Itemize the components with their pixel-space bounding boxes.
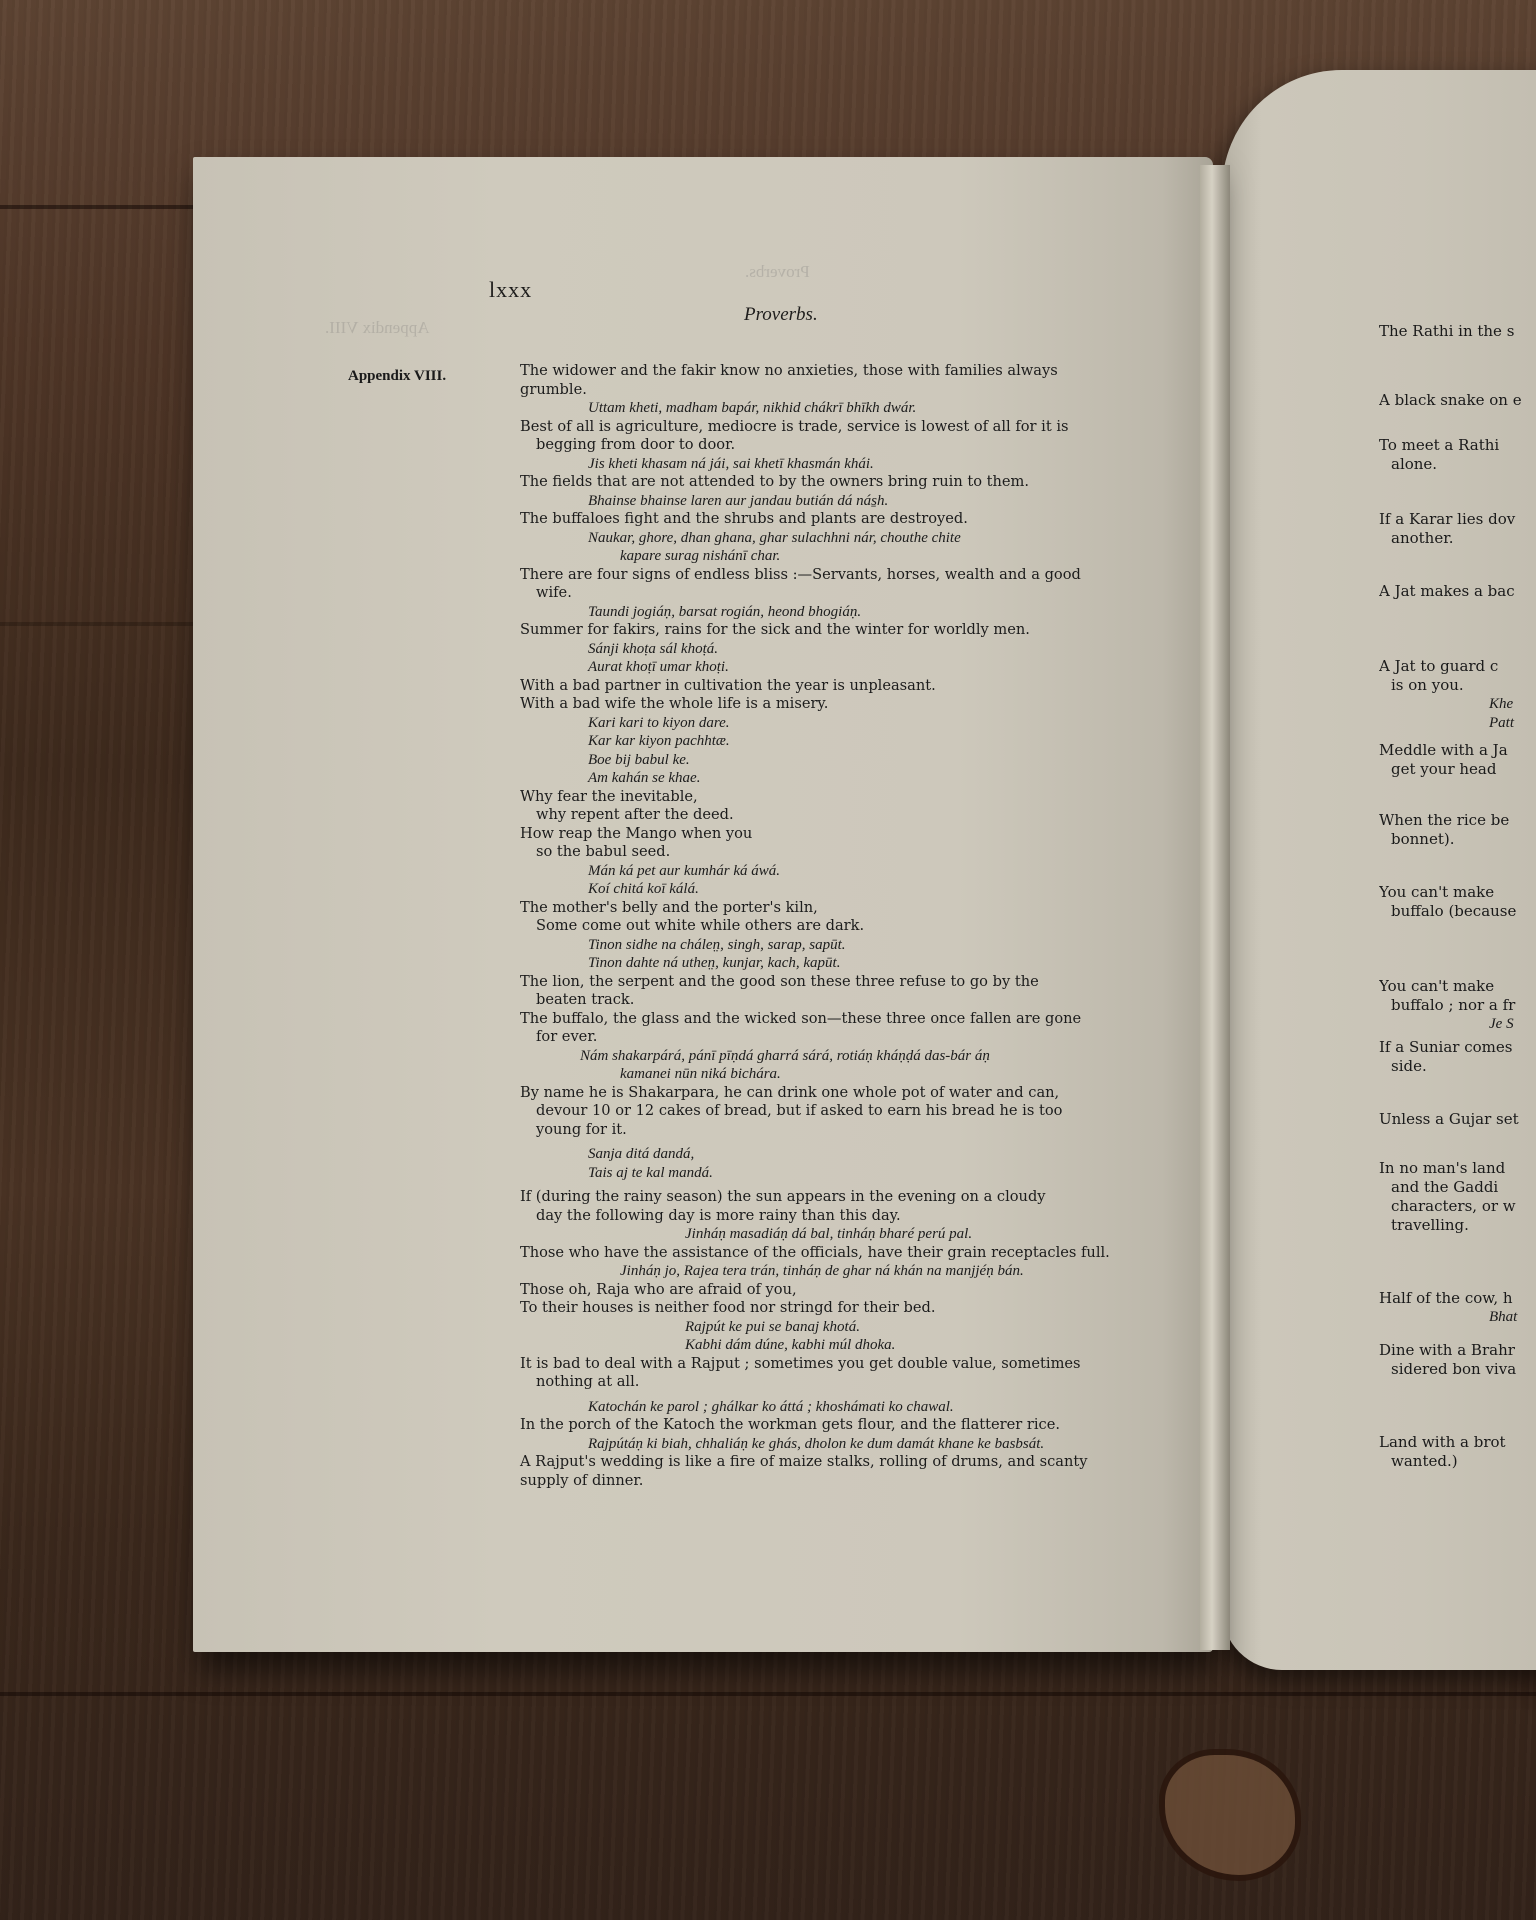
right-page-line: bonnet).	[1379, 830, 1536, 849]
translation-line: begging from door to door.	[520, 436, 1108, 455]
right-page-vernacular: Bhat	[1379, 1308, 1536, 1327]
right-page-line: To meet a Rathi	[1379, 436, 1536, 455]
right-page-proverb: You can't makebuffalo (because	[1379, 883, 1536, 921]
translation-line: The buffaloes fight and the shrubs and p…	[520, 510, 1108, 529]
translation-line: Why fear the inevitable,	[520, 788, 1108, 807]
translation-line: The widower and the fakir know no anxiet…	[520, 362, 1108, 381]
translation-line: If (during the rainy season) the sun app…	[520, 1188, 1108, 1207]
translation-line: devour 10 or 12 cakes of bread, but if a…	[520, 1102, 1108, 1121]
translation-line: Some come out white while others are dar…	[520, 917, 1108, 936]
translation-line: By name he is Shakarpara, he can drink o…	[520, 1084, 1108, 1103]
translation-line: beaten track.	[520, 991, 1108, 1010]
translation-line: grumble.	[520, 381, 1108, 400]
right-page-proverb: To meet a Rathialone.	[1379, 436, 1536, 474]
right-page-line: Land with a brot	[1379, 1433, 1536, 1452]
right-page-line: is on you.	[1379, 676, 1536, 695]
vernacular-proverb-line: Naukar, ghore, dhan ghana, ghar sulachhn…	[520, 529, 1108, 548]
right-page-line: In no man's land	[1379, 1159, 1536, 1178]
right-page-line: A black snake on e	[1379, 391, 1536, 410]
vernacular-proverb-line: Taundi jogiáṇ, barsat rogián, heond bhog…	[520, 603, 1108, 622]
right-page-line: If a Karar lies dov	[1379, 510, 1536, 529]
bleed-through-margin: Appendix VIII.	[325, 318, 430, 338]
right-page-proverb: Half of the cow, hBhat	[1379, 1289, 1536, 1327]
right-page-line: Half of the cow, h	[1379, 1289, 1536, 1308]
proverbs-text-block: The widower and the fakir know no anxiet…	[520, 362, 1108, 1490]
translation-line: A Rajput's wedding is like a fire of mai…	[520, 1453, 1108, 1472]
right-page-proverb: If a Karar lies dovanother.	[1379, 510, 1536, 548]
translation-line: so the babul seed.	[520, 843, 1108, 862]
right-page-vernacular: Khe	[1379, 695, 1536, 714]
translation-line: day the following day is more rainy than…	[520, 1207, 1108, 1226]
vernacular-proverb-line: Rajpútáṇ ki biah, chhaliáṇ ke ghás, dhol…	[520, 1435, 1108, 1454]
translation-line: nothing at all.	[520, 1373, 1108, 1392]
right-page-text-block: The Rathi in the sA black snake on eTo m…	[1379, 322, 1536, 1471]
translation-line: wife.	[520, 584, 1108, 603]
translation-line: How reap the Mango when you	[520, 825, 1108, 844]
translation-line: There are four signs of endless bliss :—…	[520, 566, 1108, 585]
translation-line: To their houses is neither food nor stri…	[520, 1299, 1108, 1318]
translation-line: The lion, the serpent and the good son t…	[520, 973, 1108, 992]
right-page-line: A Jat makes a bac	[1379, 582, 1536, 601]
translation-line: In the porch of the Katoch the workman g…	[520, 1416, 1108, 1435]
vernacular-proverb-line: Rajpút ke pui se banaj khotá.	[520, 1318, 1108, 1337]
right-page-line: Dine with a Brahr	[1379, 1341, 1536, 1360]
vernacular-proverb-line: Mán ká pet aur kumhár ká áwá.	[520, 862, 1108, 881]
vernacular-proverb-line: Jinháṇ masadiáṇ dá bal, tinháṇ bharé per…	[520, 1225, 1108, 1244]
vernacular-proverb-line: kapare surag nishánī char.	[520, 547, 1108, 566]
right-page-proverb: A Jat to guard cis on you.KhePatt	[1379, 657, 1536, 733]
table-plank-seam	[0, 1692, 1536, 1696]
appendix-margin-label: Appendix VIII.	[348, 368, 446, 385]
right-page-line: sidered bon viva	[1379, 1360, 1536, 1379]
right-page-proverb: Land with a brotwanted.)	[1379, 1433, 1536, 1471]
page-number: lxxx	[489, 277, 532, 303]
right-page-line: and the Gaddi	[1379, 1178, 1536, 1197]
vernacular-proverb-line: Tinon dahte ná uthen̤, kunjar, kach, kap…	[520, 954, 1108, 973]
right-page-proverb: The Rathi in the s	[1379, 322, 1536, 341]
right-page-proverb: Dine with a Brahrsidered bon viva	[1379, 1341, 1536, 1379]
vernacular-proverb-line: Aurat khoṭī umar khoṭi.	[520, 658, 1108, 677]
translation-line: The buffalo, the glass and the wicked so…	[520, 1010, 1108, 1029]
right-page-line: You can't make	[1379, 977, 1536, 996]
right-page-line: You can't make	[1379, 883, 1536, 902]
right-page-line: travelling.	[1379, 1216, 1536, 1235]
right-page-line: Unless a Gujar set	[1379, 1110, 1536, 1129]
right-page-line: characters, or w	[1379, 1197, 1536, 1216]
translation-line: Those who have the assistance of the off…	[520, 1244, 1108, 1263]
translation-line: why repent after the deed.	[520, 806, 1108, 825]
right-page-proverb: You can't makebuffalo ; nor a frJe S	[1379, 977, 1536, 1034]
vernacular-proverb-line: Boe bij babul ke.	[520, 751, 1108, 770]
right-page-proverb: A black snake on e	[1379, 391, 1536, 410]
vernacular-proverb-line: Tais aj te kal mandá.	[520, 1164, 1108, 1183]
translation-line: The fields that are not attended to by t…	[520, 473, 1108, 492]
vernacular-proverb-line: Uttam kheti, madham bapár, nikhid chákrī…	[520, 399, 1108, 418]
right-page-line: wanted.)	[1379, 1452, 1536, 1471]
right-page-proverb: Unless a Gujar set	[1379, 1110, 1536, 1129]
right-page-line: get your head	[1379, 760, 1536, 779]
right-page-line: The Rathi in the s	[1379, 322, 1536, 341]
right-page-line: A Jat to guard c	[1379, 657, 1536, 676]
translation-line: With a bad partner in cultivation the ye…	[520, 677, 1108, 696]
vernacular-proverb-line: Katochán ke parol ; ghálkar ko áttá ; kh…	[520, 1398, 1108, 1417]
vernacular-proverb-line: Sánji khoṭa sál khoṭá.	[520, 640, 1108, 659]
right-page-line: side.	[1379, 1057, 1536, 1076]
right-page-proverb: In no man's landand the Gaddicharacters,…	[1379, 1159, 1536, 1235]
right-page-line: Meddle with a Ja	[1379, 741, 1536, 760]
vernacular-proverb-line: Kar kar kiyon pachhtæ.	[520, 732, 1108, 751]
translation-line: With a bad wife the whole life is a mise…	[520, 695, 1108, 714]
right-page-line: buffalo ; nor a fr	[1379, 996, 1536, 1015]
page-title: Proverbs.	[744, 304, 818, 326]
right-page-line: another.	[1379, 529, 1536, 548]
right-page-line: If a Suniar comes	[1379, 1038, 1536, 1057]
wood-knot-stain	[1165, 1755, 1295, 1875]
vernacular-proverb-line: Kari kari to kiyon dare.	[520, 714, 1108, 733]
vernacular-proverb-line: Sanja ditá dandá,	[520, 1145, 1108, 1164]
right-page-proverb: When the rice bebonnet).	[1379, 811, 1536, 849]
vernacular-proverb-line: kamanei nūn niká bichára.	[520, 1065, 1108, 1084]
vernacular-proverb-line: Jis kheti khasam ná jái, sai khetī khasm…	[520, 455, 1108, 474]
page-gutter	[1200, 165, 1230, 1650]
right-page-proverb: If a Suniar comesside.	[1379, 1038, 1536, 1076]
translation-line: young for it.	[520, 1121, 1108, 1140]
vernacular-proverb-line: Tinon sidhe na chálen̤, singh, sarap, sa…	[520, 936, 1108, 955]
translation-line: Best of all is agriculture, mediocre is …	[520, 418, 1108, 437]
bleed-through-title: Proverbs.	[745, 262, 810, 282]
vernacular-proverb-line: Jinháṇ jo, Rajea tera trán, tinháṇ de gh…	[520, 1262, 1108, 1281]
right-page-line: alone.	[1379, 455, 1536, 474]
right-page-vernacular: Je S	[1379, 1015, 1536, 1034]
vernacular-proverb-line: Bhainse bhainse laren aur jandau butián …	[520, 492, 1108, 511]
translation-line: The mother's belly and the porter's kiln…	[520, 899, 1108, 918]
vernacular-proverb-line: Koí chitá koī kálá.	[520, 880, 1108, 899]
right-page-line: When the rice be	[1379, 811, 1536, 830]
right-page-proverb: A Jat makes a bac	[1379, 582, 1536, 601]
translation-line: It is bad to deal with a Rajput ; someti…	[520, 1355, 1108, 1374]
vernacular-proverb-line: Nám shakarpárá, pánī pīṇdá gharrá sárá, …	[520, 1047, 1108, 1066]
translation-line: supply of dinner.	[520, 1472, 1108, 1491]
translation-line: Summer for fakirs, rains for the sick an…	[520, 621, 1108, 640]
translation-line: for ever.	[520, 1028, 1108, 1047]
vernacular-proverb-line: Kabhi dám dúne, kabhi múl dhoka.	[520, 1336, 1108, 1355]
right-page-proverb: Meddle with a Jaget your head	[1379, 741, 1536, 779]
vernacular-proverb-line: Am kahán se khae.	[520, 769, 1108, 788]
right-page-line: buffalo (because	[1379, 902, 1536, 921]
translation-line: Those oh, Raja who are afraid of you,	[520, 1281, 1108, 1300]
right-page-vernacular: Patt	[1379, 714, 1536, 733]
